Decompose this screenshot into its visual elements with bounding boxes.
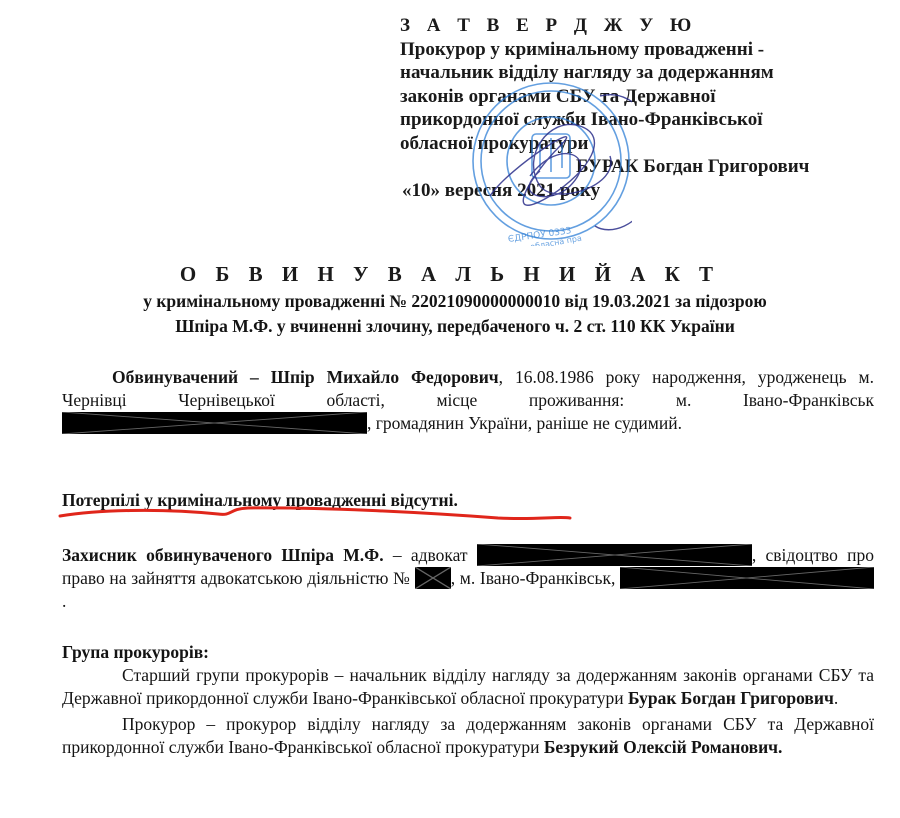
approval-line: начальник відділу нагляду за додержанням	[400, 61, 890, 85]
senior-prosecutor-name: Бурак Богдан Григорович	[628, 688, 834, 708]
prosecutor-paragraph: Прокурор – прокурор відділу нагляду за д…	[62, 713, 874, 759]
accused-paragraph: Обвинувачений – Шпір Михайло Федорович, …	[62, 366, 874, 435]
redacted-address	[62, 412, 367, 434]
approval-title: З А Т В Е Р Д Ж У Ю	[400, 14, 890, 38]
svg-text:вська обласна пра: вська обласна пра	[504, 234, 583, 246]
defender-paragraph: Захисник обвинуваченого Шпіра М.Ф. – адв…	[62, 544, 874, 613]
approval-line: обласної прокуратури	[400, 132, 890, 156]
defender-label: Захисник обвинуваченого Шпіра М.Ф.	[62, 545, 384, 565]
prosecutors-section: Група прокурорів: Старший групи прокурор…	[62, 641, 874, 759]
document-subtitle: у кримінальному провадженні № 2202109000…	[40, 289, 870, 339]
subtitle-line: у кримінальному провадженні № 2202109000…	[40, 289, 870, 314]
svg-text:ЄДРПОУ 0333: ЄДРПОУ 0333	[507, 226, 572, 245]
victims-text: Потерпілі у кримінальному провадженні ві…	[62, 490, 458, 510]
approver-name: БУРАК Богдан Григорович	[400, 155, 890, 179]
defender-text-end: .	[62, 591, 66, 611]
approval-block: З А Т В Е Р Д Ж У Ю Прокурор у криміналь…	[400, 14, 890, 202]
approval-line: Прокурор у кримінальному провадженні -	[400, 38, 890, 62]
defender-text: – адвокат	[384, 545, 477, 565]
defender-text: , м. Івано-Франківськ,	[451, 568, 620, 588]
accused-text-end: , громадянин України, раніше не судимий.	[367, 413, 682, 433]
approval-date: «10» вересня 2021 року	[400, 179, 890, 203]
prosecutor-name: Безрукий Олексій Романович.	[544, 737, 783, 757]
senior-prosecutor-paragraph: Старший групи прокурорів – начальник від…	[62, 664, 874, 710]
redacted-lawyer-name	[477, 544, 752, 566]
subtitle-line: Шпіра М.Ф. у вчиненні злочину, передбаче…	[40, 314, 870, 339]
approval-line: законів органами СБУ та Державної	[400, 85, 890, 109]
redacted-certificate-number	[415, 567, 451, 589]
document-title: О Б В И Н У В А Л Ь Н И Й А К Т	[0, 262, 900, 287]
victims-paragraph: Потерпілі у кримінальному провадженні ві…	[62, 489, 874, 512]
accused-label: Обвинувачений – Шпір Михайло Федорович	[112, 367, 499, 387]
senior-prosecutor-end: .	[834, 688, 838, 708]
prosecutors-heading: Група прокурорів:	[62, 641, 874, 664]
approval-line: прикордонної служби Івано-Франківської	[400, 108, 890, 132]
redacted-lawyer-address	[620, 567, 874, 589]
